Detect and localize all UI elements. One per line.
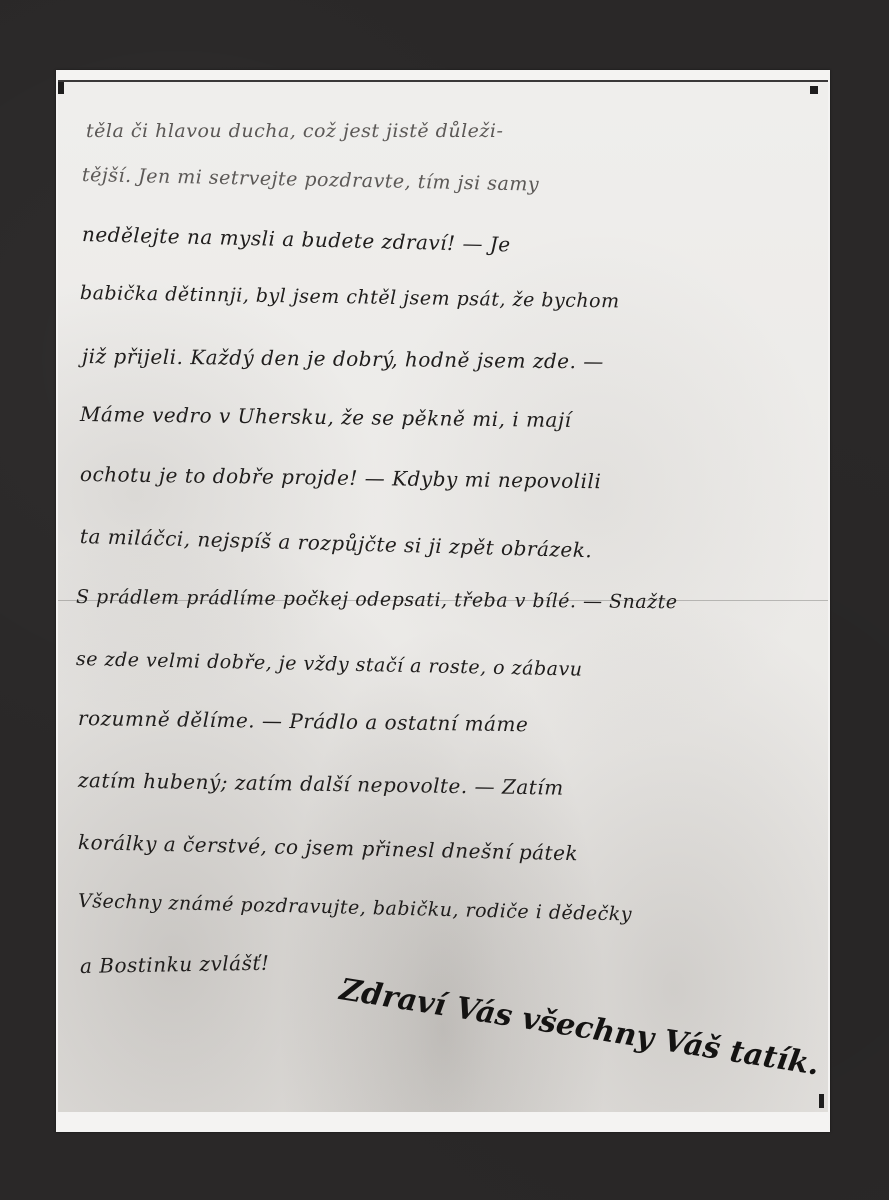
- corner-mark: [810, 86, 818, 94]
- corner-mark: [819, 1094, 824, 1108]
- letter-line: již přijeli. Každý den je dobrý, hodně j…: [82, 344, 604, 373]
- letter-line: ochotu je to dobře projde! — Kdyby mi ne…: [80, 462, 602, 493]
- photo-print: těla či hlavou ducha, což jest jistě důl…: [56, 70, 830, 1132]
- letter-photograph: těla či hlavou ducha, což jest jistě důl…: [58, 80, 828, 1112]
- letter-line: S prádlem prádlíme počkej odepsati, třeb…: [76, 586, 678, 613]
- letter-line: Všechny známé pozdravujte, babičku, rodi…: [78, 890, 633, 926]
- letter-line: ta miláčci, nejspíš a rozpůjčte si ji zp…: [80, 524, 593, 562]
- letter-signature: Zdraví Vás všechny Váš tatík.: [337, 972, 821, 1082]
- letter-line: babička dětinnji, byl jsem chtěl jsem ps…: [80, 282, 620, 312]
- letter-line: těla či hlavou ducha, což jest jistě důl…: [86, 120, 503, 142]
- letter-line: korálky a čerstvé, co jsem přinesl dnešn…: [78, 830, 579, 865]
- letter-line: rozumně dělíme. — Prádlo a ostatní máme: [78, 706, 529, 736]
- letter-line: tější. Jen mi setrvejte pozdravte, tím j…: [82, 164, 540, 196]
- letter-line: se zde velmi dobře, je vždy stačí a rost…: [76, 648, 583, 681]
- letter-line: nedělejte na mysli a budete zdraví! — Je: [82, 222, 511, 256]
- letter-line: Máme vedro v Uhersku, že se pěkně mi, i …: [80, 402, 572, 432]
- letter-line: a Bostinku zvlášť!: [80, 951, 270, 978]
- letter-line: zatím hubený; zatím další nepovolte. — Z…: [78, 768, 564, 800]
- corner-mark: [58, 82, 64, 94]
